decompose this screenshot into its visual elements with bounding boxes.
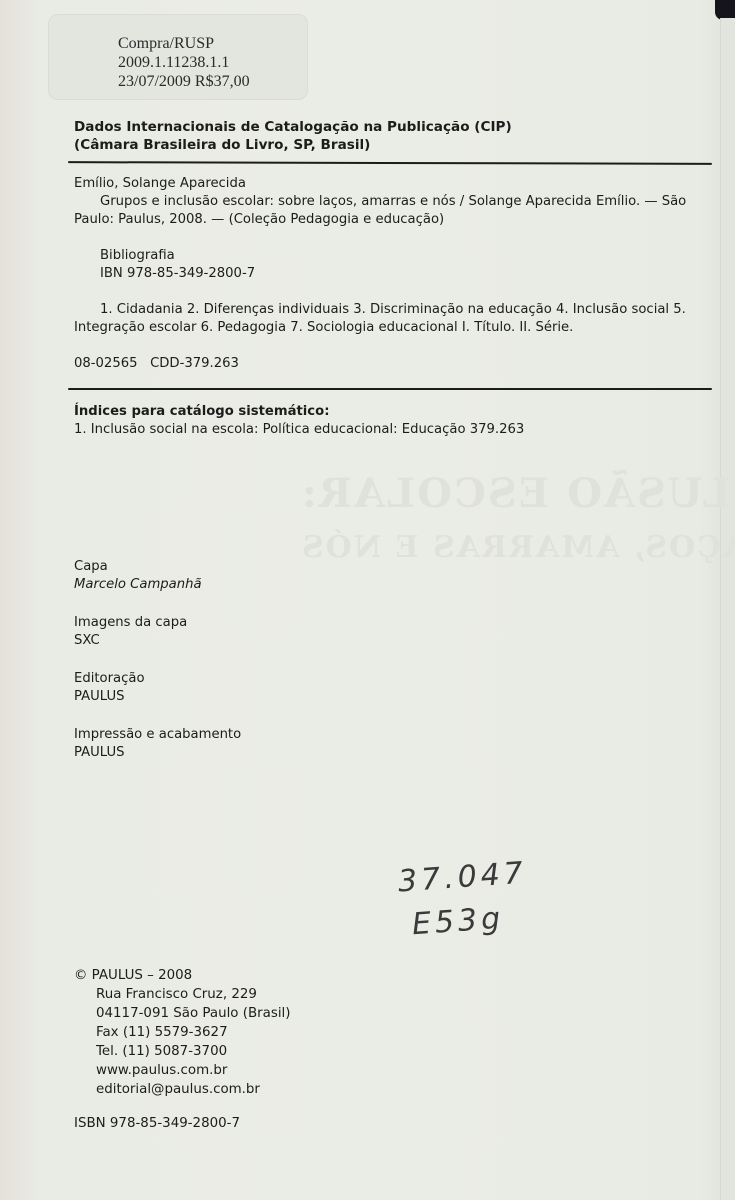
publisher-address: Rua Francisco Cruz, 229 (74, 985, 291, 1004)
catalog-control-number: 08-02565 CDD-379.263 (74, 355, 714, 373)
credit-value: Marcelo Campanhã (74, 576, 241, 594)
credit-cover-images: Imagens da capa SXC (74, 614, 241, 650)
catalog-author: Emílio, Solange Aparecida (74, 175, 714, 193)
publisher-website: www.paulus.com.br (74, 1061, 291, 1080)
index-entry: 1. Inclusão social na escola: Política e… (74, 421, 524, 439)
bleed-through-line1: E INCLUSÃO ESCOLAR: (300, 470, 735, 517)
catalog-isbn: IBN 978-85-349-2800-7 (74, 265, 714, 283)
index-heading: Índices para catálogo sistemático: (74, 403, 524, 421)
sticker-line-2: 2009.1.11238.1.1 (118, 53, 250, 72)
credit-label: Editoração (74, 670, 241, 688)
purchase-sticker-text: Compra/RUSP 2009.1.11238.1.1 23/07/2009 … (118, 34, 250, 91)
publisher-info: © PAULUS – 2008 Rua Francisco Cruz, 229 … (74, 966, 291, 1099)
credit-value: PAULUS (74, 688, 241, 706)
publisher-copyright: © PAULUS – 2008 (74, 966, 291, 985)
isbn-footer: ISBN 978-85-349-2800-7 (74, 1115, 240, 1133)
credit-label: Imagens da capa (74, 614, 241, 632)
handwritten-call-number-2: E53g (411, 901, 505, 943)
publisher-city: 04117-091 São Paulo (Brasil) (74, 1004, 291, 1023)
systematic-index: Índices para catálogo sistemático: 1. In… (74, 403, 524, 439)
catalog-bibliography: Bibliografia (74, 247, 714, 265)
catalog-imprint: Paulo: Paulus, 2008. — (Coleção Pedagogi… (74, 211, 714, 229)
credit-value: SXC (74, 632, 241, 650)
credit-printing: Impressão e acabamento PAULUS (74, 726, 241, 762)
background-corner (715, 0, 735, 20)
credit-label: Impressão e acabamento (74, 726, 241, 744)
divider-top (68, 161, 712, 165)
cip-title: Dados Internacionais de Catalogação na P… (74, 118, 512, 136)
cip-header: Dados Internacionais de Catalogação na P… (74, 118, 512, 154)
credit-editing: Editoração PAULUS (74, 670, 241, 706)
catalog-record: Emílio, Solange Aparecida Grupos e inclu… (74, 175, 714, 373)
book-page: E INCLUSÃO ESCOLAR: SOBRE LAÇOS, AMARRAS… (0, 0, 735, 1200)
credits: Capa Marcelo Campanhã Imagens da capa SX… (74, 558, 241, 782)
publisher-email: editorial@paulus.com.br (74, 1080, 291, 1099)
catalog-subjects-2: Integração escolar 6. Pedagogia 7. Socio… (74, 319, 714, 337)
handwritten-call-number-1: 37.047 (397, 856, 528, 901)
credit-label: Capa (74, 558, 241, 576)
credit-value: PAULUS (74, 744, 241, 762)
catalog-subjects-1: 1. Cidadania 2. Diferenças individuais 3… (74, 301, 714, 319)
divider-bottom (68, 388, 712, 390)
sticker-line-3: 23/07/2009 R$37,00 (118, 72, 250, 91)
catalog-title: Grupos e inclusão escolar: sobre laços, … (74, 193, 714, 211)
credit-cover: Capa Marcelo Campanhã (74, 558, 241, 594)
cip-subtitle: (Câmara Brasileira do Livro, SP, Brasil) (74, 136, 512, 154)
page-edge (720, 18, 735, 1200)
sticker-line-1: Compra/RUSP (118, 34, 250, 53)
bleed-through-line2: SOBRE LAÇOS, AMARRAS E NÓS (300, 530, 735, 565)
publisher-fax: Fax (11) 5579-3627 (74, 1023, 291, 1042)
publisher-tel: Tel. (11) 5087-3700 (74, 1042, 291, 1061)
